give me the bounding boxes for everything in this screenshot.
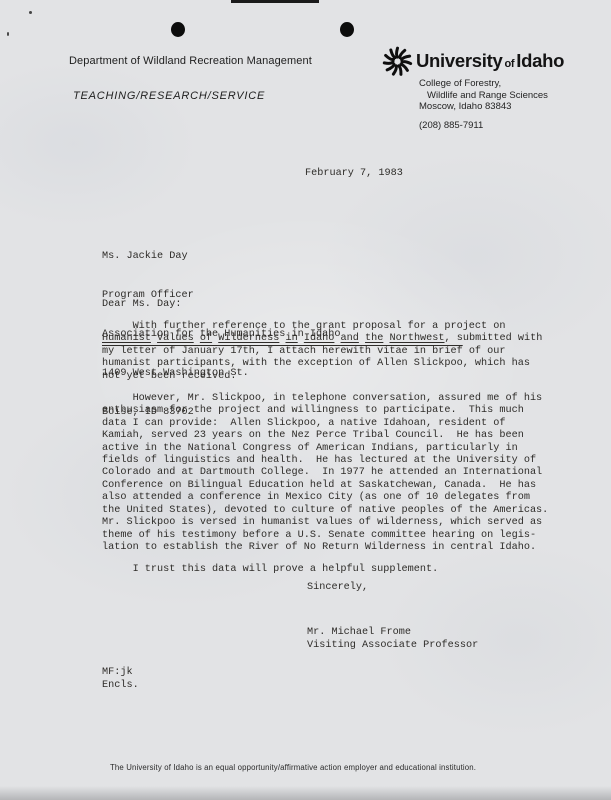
wordmark-idaho: Idaho bbox=[516, 50, 564, 71]
body-text: also attended a conference in Mexico Cit… bbox=[102, 492, 530, 503]
letter-line: the United States), devoted to culture o… bbox=[102, 505, 548, 517]
letter-line: fields of linguistics and health. He has… bbox=[102, 455, 548, 467]
body-text: data I can provide: Allen Slickpoo, a na… bbox=[102, 418, 506, 429]
body-text: Mr. Slickpoo is versed in humanist value… bbox=[102, 517, 542, 528]
body-text: Kamiah, served 23 years on the Nez Perce… bbox=[102, 430, 524, 441]
body-paragraph: With further reference to the grant prop… bbox=[102, 321, 548, 383]
enclosures-note: Encls. bbox=[102, 680, 139, 691]
underlined-title-word: of bbox=[200, 333, 212, 344]
body-text: not yet been received. bbox=[102, 371, 237, 382]
body-text: the United States), devoted to culture o… bbox=[102, 505, 548, 516]
underlined-title-word: in bbox=[285, 333, 297, 344]
body-text: With further reference to the grant prop… bbox=[102, 321, 506, 332]
body-text: fields of linguistics and health. He has… bbox=[102, 455, 536, 466]
body-text: Conference on Bilingual Education held a… bbox=[102, 480, 536, 491]
college-address-block: College of Forestry, Wildlife and Range … bbox=[419, 78, 548, 113]
letter-line: Colorado and at Dartmouth College. In 19… bbox=[102, 467, 548, 479]
valediction: Sincerely, bbox=[307, 582, 368, 593]
letter-line: theme of his testimony before a U.S. Sen… bbox=[102, 530, 548, 542]
college-line: Wildlife and Range Sciences bbox=[419, 90, 548, 102]
underlined-title-word: Values bbox=[157, 333, 194, 344]
letter-line: active in the National Congress of Ameri… bbox=[102, 443, 548, 455]
body-text: I trust this data will prove a helpful s… bbox=[102, 564, 438, 575]
letter-line: humanist participants, with the exceptio… bbox=[102, 358, 548, 370]
body-text: theme of his testimony before a U.S. Sen… bbox=[102, 530, 536, 541]
body-text: of our bbox=[463, 346, 506, 357]
overlined-text: my letter of January 17th, I attach here… bbox=[102, 346, 463, 357]
letter-line: data I can provide: Allen Slickpoo, a na… bbox=[102, 418, 548, 430]
college-line: Moscow, Idaho 83843 bbox=[419, 101, 548, 113]
recipient-name: Ms. Jackie Day bbox=[102, 250, 340, 263]
wordmark-university: University bbox=[416, 50, 502, 71]
body-text: enthusiasm for the project and willingne… bbox=[102, 405, 524, 416]
letter-line: not yet been received. bbox=[102, 371, 548, 383]
registration-dot bbox=[340, 22, 354, 37]
letter-line: lation to establish the River of No Retu… bbox=[102, 542, 548, 554]
body-text: lation to establish the River of No Retu… bbox=[102, 542, 536, 553]
body-text: active in the National Congress of Ameri… bbox=[102, 443, 518, 454]
signature-name: Mr. Michael Frome bbox=[307, 627, 411, 638]
underlined-title-word: Humanist bbox=[102, 333, 151, 344]
letter-line: Conference on Bilingual Education held a… bbox=[102, 480, 548, 492]
scan-speck bbox=[29, 11, 32, 14]
scan-speck bbox=[7, 32, 9, 36]
letter-line: Humanist Values of Wilderness in Idaho a… bbox=[102, 333, 548, 345]
body-text: However, Mr. Slickpoo, in telephone conv… bbox=[102, 393, 542, 404]
letter-line: With further reference to the grant prop… bbox=[102, 321, 548, 333]
body-text: , submitted with bbox=[445, 333, 543, 344]
body-text: Colorado and at Dartmouth College. In 19… bbox=[102, 467, 542, 478]
scanned-letter-page: Department of Wildland Recreation Manage… bbox=[0, 0, 611, 800]
letter-line: I trust this data will prove a helpful s… bbox=[102, 564, 548, 576]
typist-initials: MF:jk bbox=[102, 667, 133, 678]
wordmark-of: of bbox=[504, 58, 514, 70]
body-paragraph: I trust this data will prove a helpful s… bbox=[102, 564, 548, 576]
underlined-title-word: and bbox=[341, 333, 359, 344]
university-wordmark: UniversityofIdaho bbox=[416, 50, 564, 72]
signature-title: Visiting Associate Professor bbox=[307, 640, 478, 651]
letter-date: February 7, 1983 bbox=[305, 168, 403, 179]
department-name: Department of Wildland Recreation Manage… bbox=[69, 55, 312, 67]
letter-line: However, Mr. Slickpoo, in telephone conv… bbox=[102, 393, 548, 405]
salutation: Dear Ms. Day: bbox=[102, 299, 181, 310]
letter-line: Kamiah, served 23 years on the Nez Perce… bbox=[102, 430, 548, 442]
phone-number: (208) 885-7911 bbox=[419, 120, 483, 131]
department-motto: TEACHING/RESEARCH/SERVICE bbox=[73, 90, 265, 102]
letter-body: With further reference to the grant prop… bbox=[102, 321, 548, 587]
underlined-title-word: Idaho bbox=[304, 333, 335, 344]
underlined-title-word: the bbox=[365, 333, 383, 344]
underlined-title-word: Northwest bbox=[389, 333, 444, 344]
registration-dot bbox=[171, 22, 185, 37]
scan-edge-artifact bbox=[231, 0, 319, 3]
letter-line: Mr. Slickpoo is versed in humanist value… bbox=[102, 517, 548, 529]
equal-opportunity-footer: The University of Idaho is an equal oppo… bbox=[110, 763, 476, 772]
letter-line: enthusiasm for the project and willingne… bbox=[102, 405, 548, 417]
body-text: humanist participants, with the exceptio… bbox=[102, 358, 530, 369]
college-line: College of Forestry, bbox=[419, 78, 548, 90]
body-paragraph: However, Mr. Slickpoo, in telephone conv… bbox=[102, 393, 548, 554]
letter-line: also attended a conference in Mexico Cit… bbox=[102, 492, 548, 504]
university-sun-logo-icon bbox=[380, 44, 415, 79]
letter-line: my letter of January 17th, I attach here… bbox=[102, 346, 548, 358]
underlined-title-word: Wilderness bbox=[218, 333, 279, 344]
